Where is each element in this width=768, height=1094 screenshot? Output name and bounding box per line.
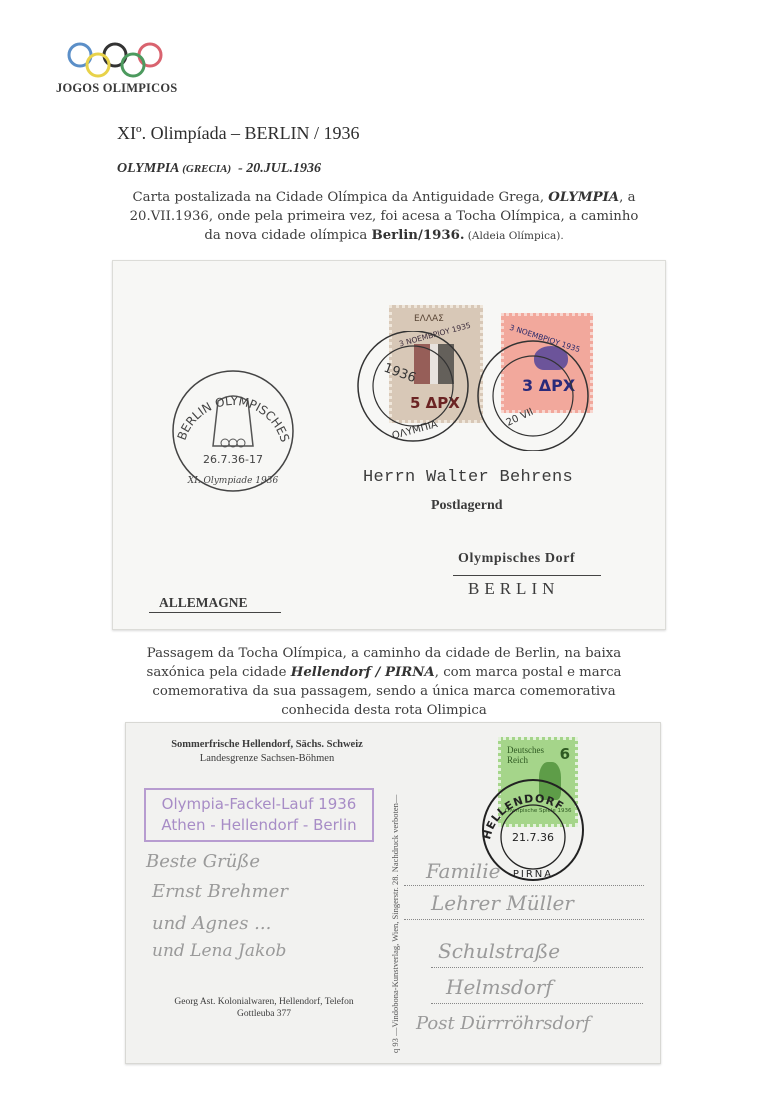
svg-text:BERLIN OLYMPISCHES DORF: BERLIN OLYMPISCHES DORF bbox=[163, 361, 292, 444]
address-line: Schulstraße bbox=[438, 939, 560, 963]
address-dotted-line bbox=[431, 967, 643, 968]
addressee-name: Herrn Walter Behrens bbox=[363, 468, 573, 487]
address-dotted-line bbox=[431, 1003, 643, 1004]
postcard-footer: Georg Ast. Kolonialwaren, Hellendorf, Te… bbox=[144, 997, 384, 1007]
olympic-rings-icon bbox=[58, 40, 178, 80]
subtitle-country: (GRECIA) bbox=[182, 163, 231, 175]
torch-relay-cachet: Olympia-Fackel-Lauf 1936 Athen - Hellend… bbox=[144, 788, 374, 842]
postcard: Sommerfrische Hellendorf, Sächs. Schweiz… bbox=[125, 722, 661, 1064]
address-line: Post Dürrröhrsdorf bbox=[416, 1013, 590, 1034]
handwriting-line: und Agnes ... bbox=[152, 913, 271, 934]
address-city: BERLIN bbox=[468, 579, 559, 599]
handwriting-line: Ernst Brehmer bbox=[152, 881, 288, 902]
svg-text:1936: 1936 bbox=[382, 361, 418, 386]
berlin-olympic-postmark: BERLIN OLYMPISCHES DORF 26.7.36-17 XI. O… bbox=[163, 361, 303, 501]
handwriting-line: Beste Grüße bbox=[146, 851, 260, 872]
subtitle-date: - 20.JUL.1936 bbox=[238, 161, 321, 176]
page-title: XIº. Olimpíada – BERLIN / 1936 bbox=[117, 123, 360, 144]
address-line: Familie bbox=[426, 859, 500, 883]
address-line: Lehrer Müller bbox=[431, 891, 574, 915]
address-dotted-line bbox=[404, 919, 644, 920]
address-dotted-line bbox=[404, 885, 644, 886]
postcard-footer-2: Gottleuba 377 bbox=[144, 1009, 384, 1019]
poste-restante: Postlagernd bbox=[431, 498, 503, 514]
description-hellendorf: Passagem da Tocha Olímpica, a caminho da… bbox=[120, 644, 648, 720]
envelope-cover: BERLIN OLYMPISCHES DORF 26.7.36-17 XI. O… bbox=[112, 260, 666, 630]
address-place: Olympisches Dorf bbox=[458, 551, 575, 567]
country-underline bbox=[149, 612, 281, 613]
svg-text:20 VII: 20 VII bbox=[505, 407, 536, 429]
svg-text:PIRNA: PIRNA bbox=[513, 869, 553, 880]
subtitle-place: OLYMPIA bbox=[117, 161, 179, 176]
olympia-postmarks: 1936 ΟΛΥΜΠΙΑ 20 VII bbox=[353, 331, 613, 451]
svg-text:26.7.36-17: 26.7.36-17 bbox=[203, 453, 263, 466]
address-country: ALLEMAGNE bbox=[159, 595, 248, 611]
postcard-subheading: Landesgrenze Sachsen-Böhmen bbox=[154, 753, 380, 764]
address-line: Helmsdorf bbox=[446, 975, 553, 999]
svg-text:XI. Olympiade 1936: XI. Olympiade 1936 bbox=[187, 476, 279, 486]
postcard-heading: Sommerfrische Hellendorf, Sächs. Schweiz bbox=[154, 739, 380, 750]
publisher-imprint: q 93 —Vindobona-Kunstverlag, Wien, Singe… bbox=[390, 733, 400, 1053]
description-olympia: Carta postalizada na Cidade Olímpica da … bbox=[120, 188, 648, 246]
svg-text:21.7.36: 21.7.36 bbox=[512, 831, 554, 844]
page-subtitle: OLYMPIA (GRECIA) - 20.JUL.1936 bbox=[117, 161, 321, 177]
handwriting-line: und Lena Jakob bbox=[152, 941, 286, 961]
logo-text: JOGOS OLIMPICOS bbox=[56, 81, 177, 96]
address-underline bbox=[453, 575, 601, 576]
